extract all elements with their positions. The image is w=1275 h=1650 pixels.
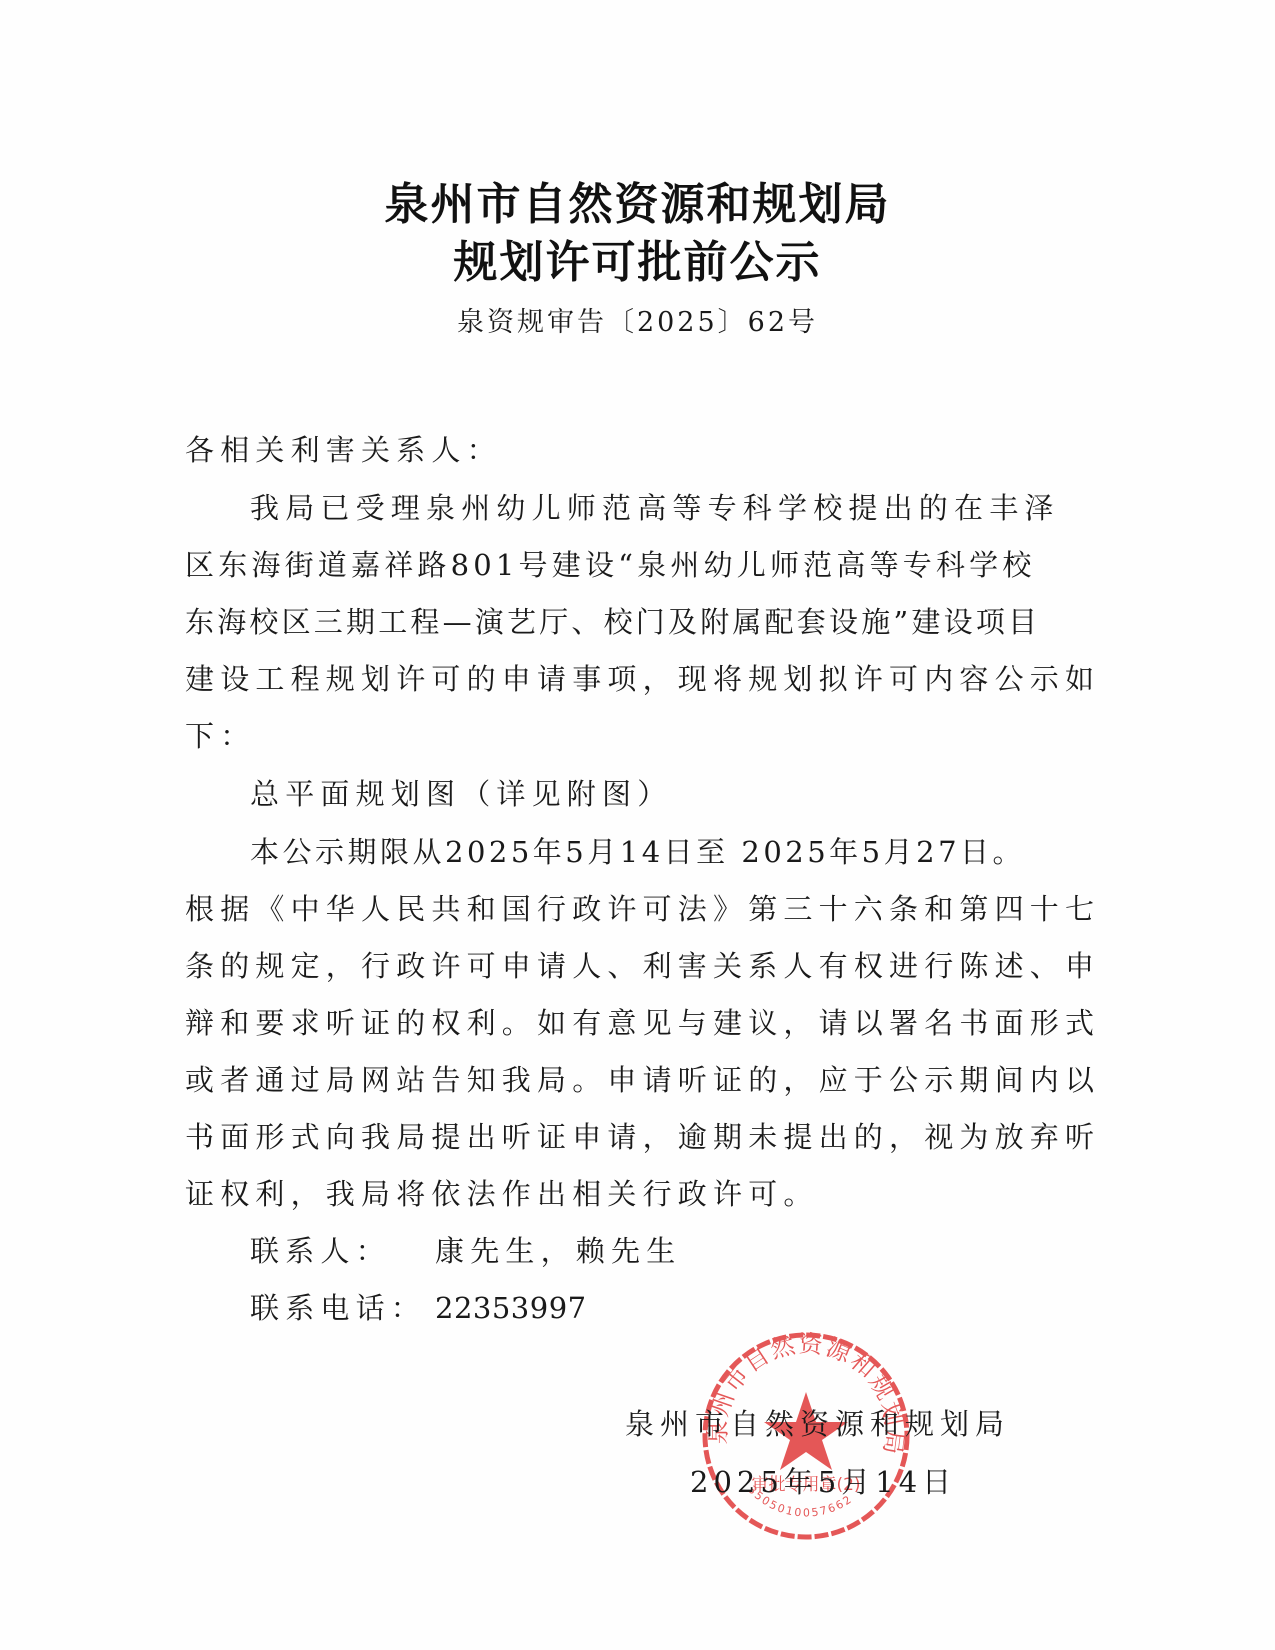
- issuer-signature: 泉州市自然资源和规划局: [625, 1402, 1010, 1443]
- body-line: 建设工程规划许可的申请事项，现将规划拟许可内容公示如: [185, 659, 1100, 699]
- body-line: 或者通过局网站告知我局。申请听证的，应于公示期间内以: [185, 1060, 1100, 1100]
- body-line: 我局已受理泉州幼儿师范高等专科学校提出的在丰泽: [250, 488, 1060, 528]
- document-page: 泉州市自然资源和规划局 规划许可批前公示 泉资规审告〔2025〕62号 各相关利…: [0, 0, 1275, 1650]
- body-line: 区东海街道嘉祥路801号建设“泉州幼儿师范高等专科学校: [185, 545, 1036, 585]
- contact-phone-value: 22353997: [435, 1288, 587, 1328]
- body-line: 下：: [185, 716, 255, 756]
- contact-person-label: 联系人：: [250, 1231, 391, 1271]
- body-line-period: 本公示期限从2025年5月14日至 2025年5月27日。: [250, 832, 1025, 872]
- body-line: 东海校区三期工程—演艺厅、校门及附属配套设施”建设项目: [185, 602, 1040, 642]
- body-line: 证权利，我局将依法作出相关行政许可。: [185, 1174, 819, 1214]
- contact-phone-label: 联系电话：: [250, 1288, 426, 1328]
- body-line: 条的规定，行政许可申请人、利害关系人有权进行陈述、申: [185, 946, 1100, 986]
- body-line: 根据《中华人民共和国行政许可法》第三十六条和第四十七: [185, 889, 1100, 929]
- salutation: 各相关利害关系人：: [185, 430, 502, 470]
- document-number: 泉资规审告〔2025〕62号: [0, 300, 1275, 339]
- body-line: 书面形式向我局提出听证申请，逾期未提出的，视为放弃听: [185, 1117, 1100, 1157]
- page-title-notice: 规划许可批前公示: [0, 226, 1275, 290]
- body-line: 辩和要求听证的权利。如有意见与建议，请以署名书面形式: [185, 1003, 1100, 1043]
- issue-date: 2025年5月14日: [690, 1460, 956, 1501]
- page-title-agency: 泉州市自然资源和规划局: [0, 168, 1275, 232]
- contact-person-value: 康先生，赖先生: [435, 1231, 681, 1271]
- body-line-attachment: 总平面规划图（详见附图）: [250, 774, 672, 814]
